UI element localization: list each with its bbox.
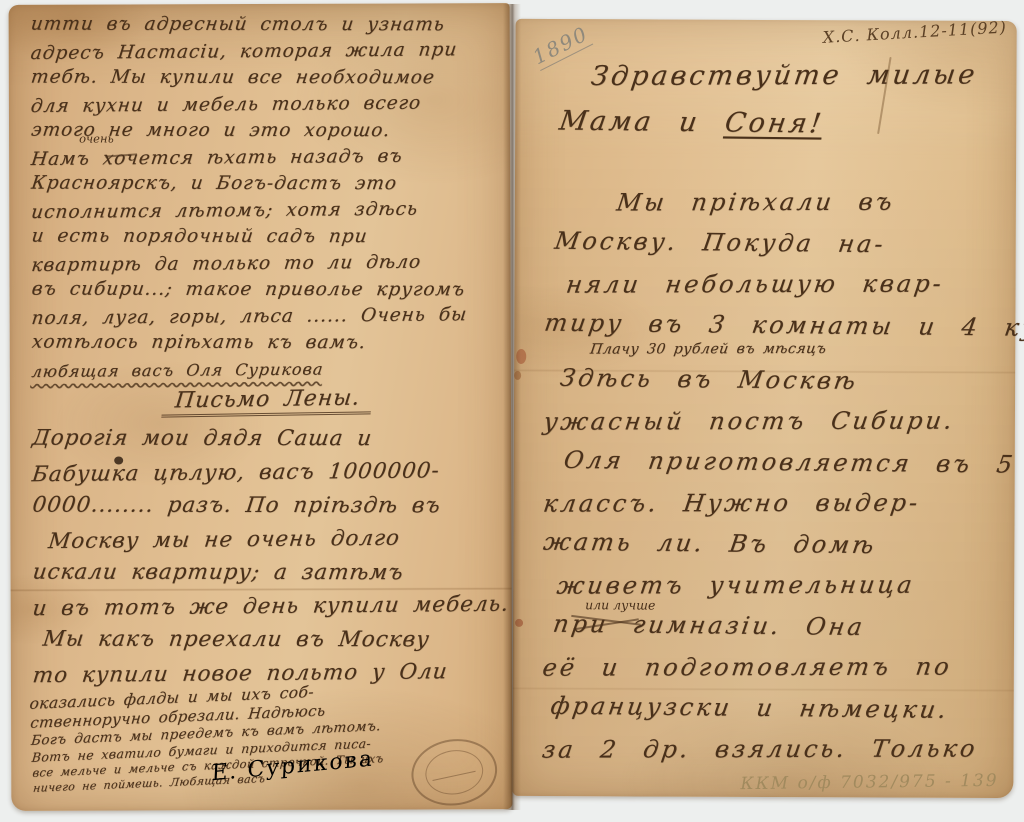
scanned-letter-spread: итти въ адресный столъ и узнатьадресъ На… <box>0 0 1024 822</box>
handwritten-line: и есть порядочный садъ при <box>30 224 504 251</box>
olya-letter-lines: итти въ адресный столъ и узнатьадресъ На… <box>31 11 503 384</box>
handwritten-line: за 2 др. взялись. Только <box>539 728 1008 770</box>
handwritten-line: Бабушка цѣлую, васъ 1000000- <box>30 453 505 491</box>
salutation-name: Соня! <box>723 107 826 139</box>
handwritten-line: адресъ Настасіи, которая жила при <box>29 36 503 67</box>
handwritten-line: и въ тотъ же день купили мебель. <box>31 587 506 625</box>
left-page-text: итти въ адресный столъ и узнатьадресъ На… <box>9 3 513 811</box>
handwritten-line: французски и нѣмецки. <box>540 686 1009 732</box>
handwritten-line: поля, луга, горы, лѣса ...... Очень бы <box>30 301 504 332</box>
salutation-line: Мама и Соня! <box>556 98 1012 151</box>
left-page: итти въ адресный столъ и узнатьадресъ На… <box>9 3 513 811</box>
paragraph-gap <box>545 147 1008 183</box>
interline-insert: очень <box>79 132 114 146</box>
handwritten-line: Оля приготовляется въ 5 <box>541 440 1010 486</box>
handwritten-line: въ сибири...; такое приволье кругомъ <box>30 277 504 304</box>
handwritten-line: Москву мы не очень долго <box>30 520 505 558</box>
archive-code-bottom: ККМ о/ф 7032/975 - 139 <box>740 771 998 794</box>
handwritten-line: для кухни и мебель только всего <box>29 89 503 120</box>
handwritten-line: Мы пріѣхали въ <box>542 181 1011 223</box>
interline-insert: или лучше <box>585 597 655 612</box>
handwritten-line: Намъ хочется ѣхать назадъ въ <box>29 142 503 173</box>
handwritten-line: тебѣ. Мы купили все необходимое <box>29 65 503 92</box>
handwritten-line: Москву. Покуда на- <box>542 221 1011 267</box>
handwritten-line: Здѣсь въ Москвѣ <box>541 358 1010 404</box>
handwritten-line: Дорогія мои дядя Саша и <box>30 422 505 456</box>
handwritten-line: квартирѣ да только то ли дѣло <box>30 248 504 279</box>
right-page: 1890 Х.С. Колл.12-11(92) Здравствуйте ми… <box>512 19 1016 798</box>
salutation-prefix: Мама и <box>557 106 727 139</box>
lena-letter-heading: Письмо Лены. <box>161 385 373 417</box>
handwritten-line: жать ли. Въ домѣ <box>541 522 1010 568</box>
handwritten-line: исполнится лѣтомъ; хотя здѣсь <box>30 195 504 226</box>
lena-letter-lines: Дорогія мои дядя Саша иБабушка цѣлую, ва… <box>32 421 504 691</box>
handwritten-line: Красноярскъ, и Богъ-дастъ это <box>30 171 504 198</box>
handwritten-line: любящая васъ Оля Сурикова <box>30 354 504 385</box>
handwritten-line: Мы какъ преехали въ Москву <box>31 623 506 657</box>
handwritten-line: искали квартиру; а затѣмъ <box>31 556 506 590</box>
salutation-line: Здравствуйте милые <box>588 51 1012 101</box>
right-page-text: Здравствуйте милые Мама и Соня! Мы пріѣх… <box>512 19 1016 798</box>
body-lines: Мы пріѣхали въМоскву. Покуда на-няли неб… <box>542 181 1008 771</box>
handwritten-line: хотѣлось пріѣхать къ вамъ. <box>30 330 504 357</box>
handwritten-line: 0000........ разъ. По пріѣздѣ въ <box>30 489 505 523</box>
handwritten-line: её и подготовляетъ по <box>540 646 1009 688</box>
handwritten-line: итти въ адресный столъ и узнать <box>29 12 503 39</box>
handwritten-line: ужасный постъ Сибири. <box>541 400 1010 442</box>
handwritten-line: няли небольшую квар- <box>541 263 1010 305</box>
handwritten-line: классъ. Нужно выдер- <box>541 482 1010 524</box>
